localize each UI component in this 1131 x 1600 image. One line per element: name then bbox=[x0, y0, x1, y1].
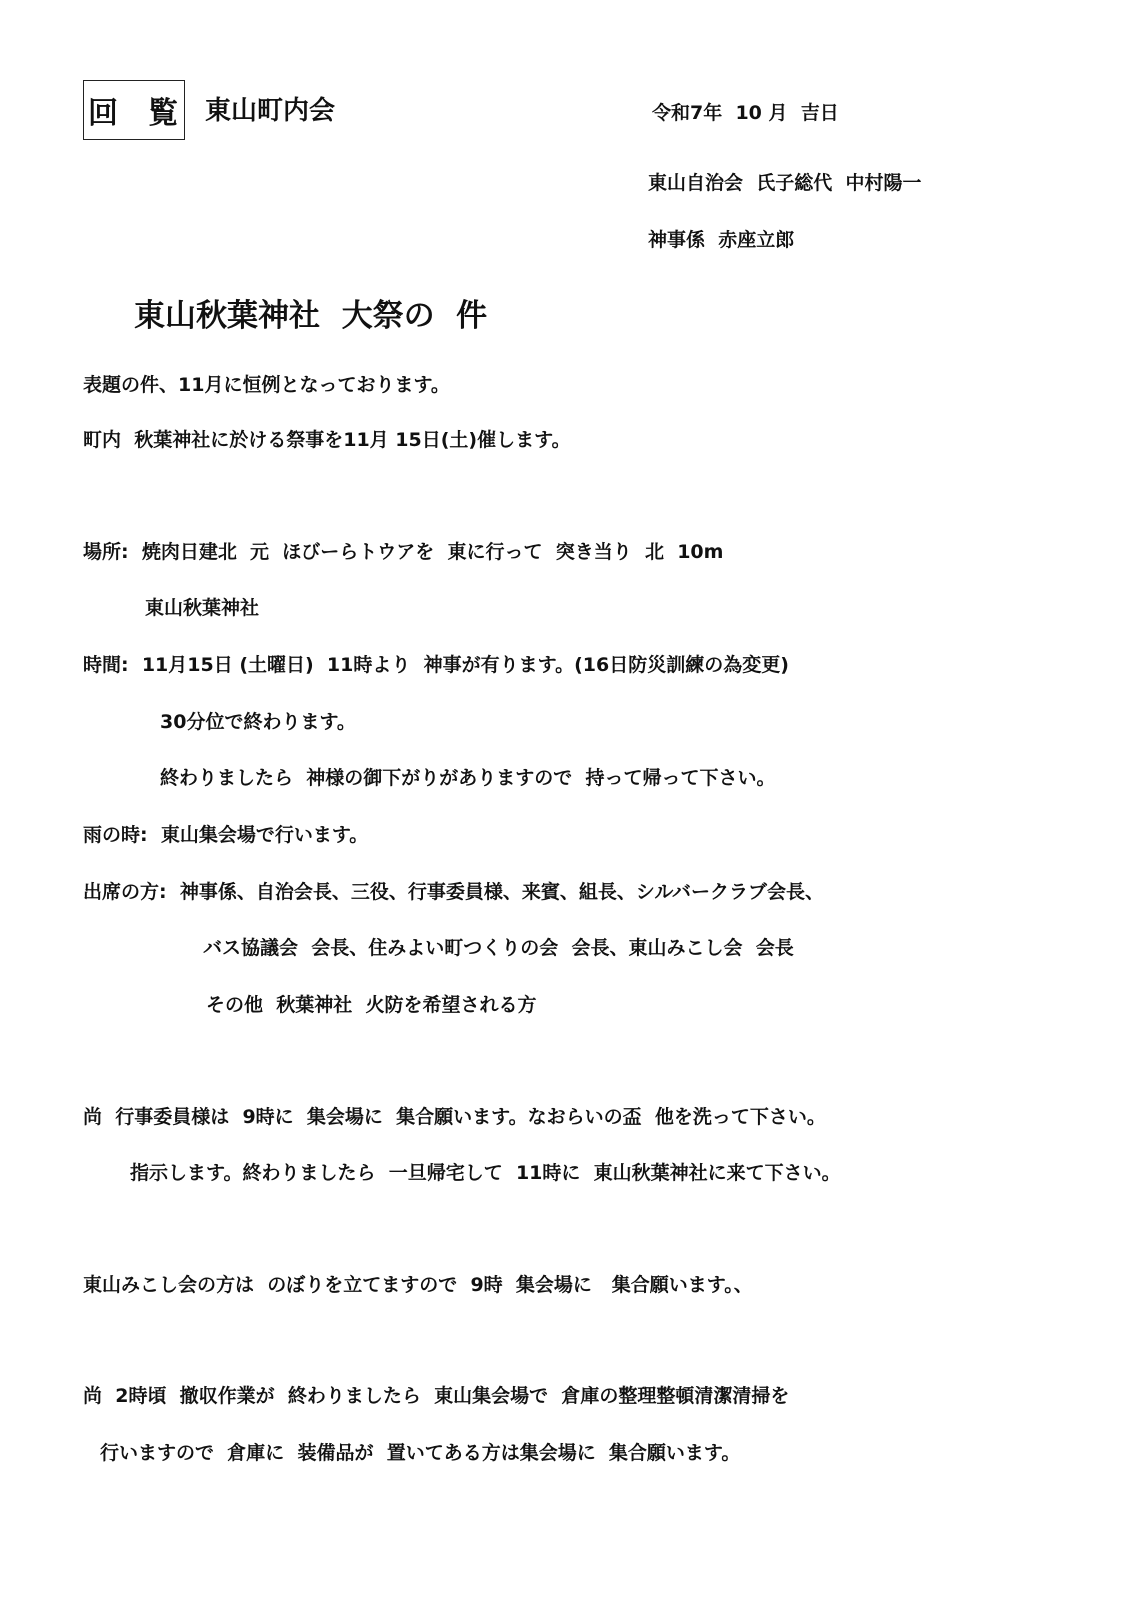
organization-name: 東山町内会 bbox=[205, 90, 335, 127]
place-line-1: 場所: 焼肉日建北 元 ほびーらトウアを 東に行って 突き当り 北 10m bbox=[83, 537, 723, 564]
cleanup-note-line-1: 尚 2時頃 撤収作業が 終わりましたら 東山集会場で 倉庫の整理整頓清潔清掃を bbox=[83, 1381, 789, 1408]
circular-notice-box: 回 覧 bbox=[83, 80, 185, 140]
place-line-2: 東山秋葉神社 bbox=[145, 593, 259, 620]
sender-line-2: 神事係 赤座立郎 bbox=[648, 225, 794, 252]
time-line-2: 30分位で終わります。 bbox=[160, 707, 356, 734]
time-line-3: 終わりましたら 神様の御下がりがありますので 持って帰って下さい。 bbox=[160, 763, 775, 790]
intro-line-2: 町内 秋葉神社に於ける祭事を11月 15日(土)催します。 bbox=[83, 425, 571, 452]
circular-label-char-1: 回 bbox=[88, 88, 118, 132]
document-title: 東山秋葉神社 大祭の 件 bbox=[134, 290, 487, 335]
attendees-line-1: 出席の方: 神事係、自治会長、三役、行事委員様、来賓、組長、シルバークラブ会長、 bbox=[83, 877, 824, 904]
circular-label-char-2: 覧 bbox=[148, 88, 178, 132]
attendees-line-3: その他 秋葉神社 火防を希望される方 bbox=[206, 990, 536, 1017]
committee-note-line-1: 尚 行事委員様は 9時に 集会場に 集合願います。なおらいの盃 他を洗って下さい… bbox=[83, 1102, 826, 1129]
mikoshi-note: 東山みこし会の方は のぼりを立てますので 9時 集会場に 集合願います。、 bbox=[83, 1270, 753, 1297]
intro-line-1: 表題の件、11月に恒例となっております。 bbox=[83, 370, 450, 397]
time-line-1: 時間: 11月15日 (土曜日) 11時より 神事が有ります。(16日防災訓練の… bbox=[83, 650, 789, 677]
rain-plan: 雨の時: 東山集会場で行います。 bbox=[83, 820, 368, 847]
cleanup-note-line-2: 行いますので 倉庫に 装備品が 置いてある方は集会場に 集合願います。 bbox=[100, 1438, 740, 1465]
attendees-line-2: バス協議会 会長、住みよい町つくりの会 会長、東山みこし会 会長 bbox=[203, 933, 794, 960]
issue-date: 令和7年 10 月 吉日 bbox=[652, 98, 839, 125]
committee-note-line-2: 指示します。終わりましたら 一旦帰宅して 11時に 東山秋葉神社に来て下さい。 bbox=[130, 1158, 841, 1185]
sender-line-1: 東山自治会 氏子総代 中村陽一 bbox=[648, 168, 921, 195]
